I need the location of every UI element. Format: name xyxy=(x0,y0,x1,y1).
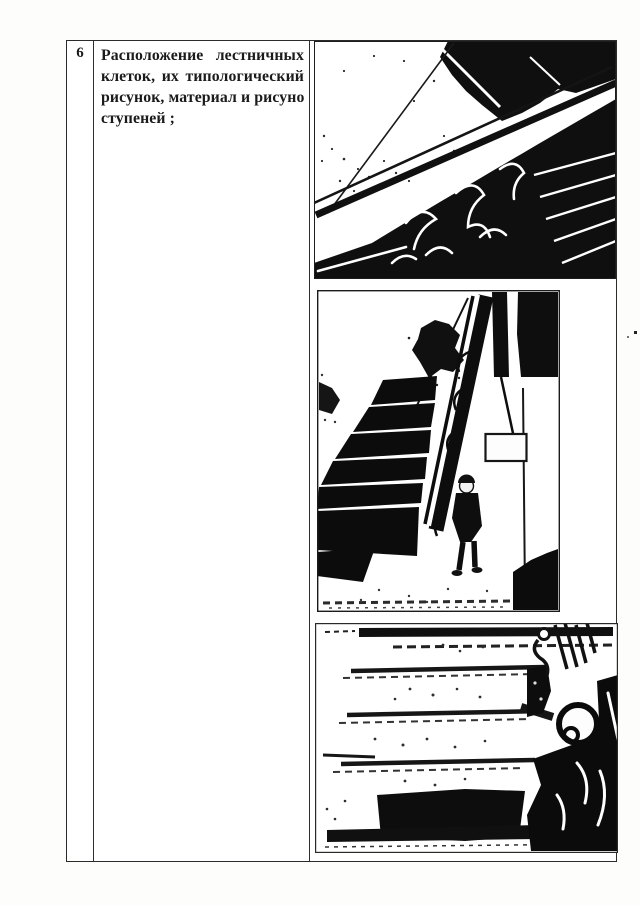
description-cell: Расположение лестничных клеток, их типол… xyxy=(94,41,310,861)
photo-stair-railing xyxy=(314,41,616,279)
row-number: 6 xyxy=(76,45,84,61)
scan-speck xyxy=(634,331,637,334)
survey-table-row: 6 Расположение лестничных клеток, их тип… xyxy=(66,40,617,862)
staircase-person-image xyxy=(317,290,560,612)
description-line: ступеней ; xyxy=(101,108,304,129)
worn-steps-image xyxy=(315,623,618,853)
description-line: рисунок, материал и рисунок xyxy=(101,87,304,108)
description-line: клеток, их типологический xyxy=(101,66,304,87)
photo-worn-steps xyxy=(315,623,618,853)
photos-cell xyxy=(310,41,616,861)
scanned-document-page: 6 Расположение лестничных клеток, их тип… xyxy=(0,0,640,905)
row-number-cell: 6 xyxy=(67,41,94,861)
scan-speck xyxy=(627,336,629,338)
photo-staircase-person xyxy=(317,290,560,612)
stair-railing-image xyxy=(314,41,616,279)
description-line: Расположение лестничных xyxy=(101,45,304,66)
